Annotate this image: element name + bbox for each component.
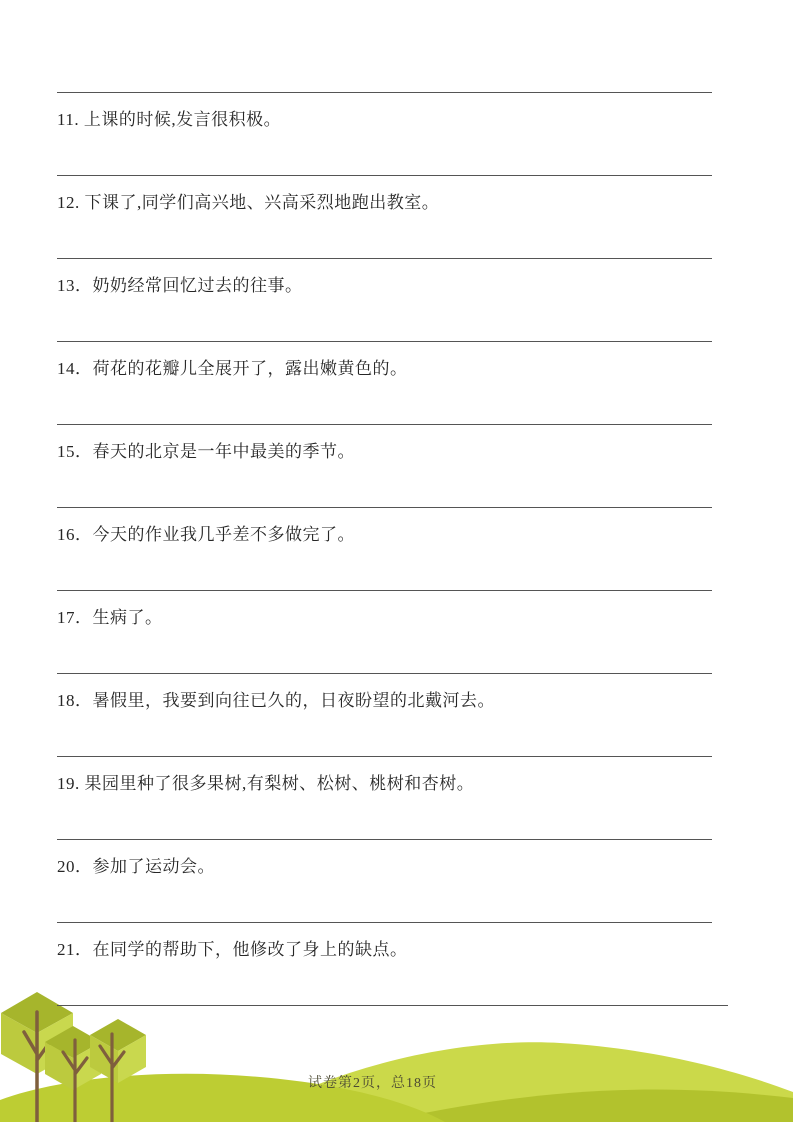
answer-line	[57, 341, 712, 342]
tree-icon	[1, 992, 73, 1122]
footer-decoration	[0, 982, 793, 1122]
answer-line	[57, 590, 712, 591]
answer-line	[57, 922, 712, 923]
exercise-item: 21．在同学的帮助下，他修改了身上的缺点。	[57, 939, 753, 961]
exercise-item: 17．生病了。	[57, 607, 753, 629]
page-footer: 试卷第2页，总18页	[0, 1072, 745, 1092]
answer-line	[57, 507, 712, 508]
answer-line	[57, 258, 712, 259]
answer-line	[57, 175, 712, 176]
answer-line	[57, 424, 712, 425]
exercise-item: 19. 果园里种了很多果树,有梨树、松树、桃树和杏树。	[57, 773, 753, 795]
tree-trunk	[24, 1012, 50, 1122]
tree-canopy-top-face	[45, 1026, 101, 1058]
exercise-item: 13．奶奶经常回忆过去的往事。	[57, 275, 753, 297]
exercise-item: 11. 上课的时候,发言很积极。	[57, 109, 753, 131]
answer-line	[57, 92, 712, 93]
exercise-item: 20．参加了运动会。	[57, 856, 753, 878]
tree-icon	[90, 1019, 146, 1122]
exercise-item: 14．荷花的花瓣儿全展开了，露出嫩黄色的。	[57, 358, 753, 380]
hill-right-dark-shape	[380, 1090, 793, 1122]
exercise-item: 16．今天的作业我几乎差不多做完了。	[57, 524, 753, 546]
tree-canopy-right-face	[37, 1013, 73, 1074]
answer-line	[57, 673, 712, 674]
tree-canopy-top-face	[1, 992, 73, 1033]
tree-canopy-left-face	[1, 1013, 37, 1074]
answer-line	[57, 1005, 728, 1006]
tree-canopy-top-face	[90, 1019, 146, 1051]
exercise-item: 18．暑假里，我要到向往已久的，日夜盼望的北戴河去。	[57, 690, 753, 712]
answer-line	[57, 839, 712, 840]
answer-line	[57, 756, 712, 757]
exercise-item: 12. 下课了,同学们高兴地、兴高采烈地跑出教室。	[57, 192, 753, 214]
exercise-item: 15．春天的北京是一年中最美的季节。	[57, 441, 753, 463]
worksheet-page: 11. 上课的时候,发言很积极。12. 下课了,同学们高兴地、兴高采烈地跑出教室…	[0, 0, 793, 1122]
